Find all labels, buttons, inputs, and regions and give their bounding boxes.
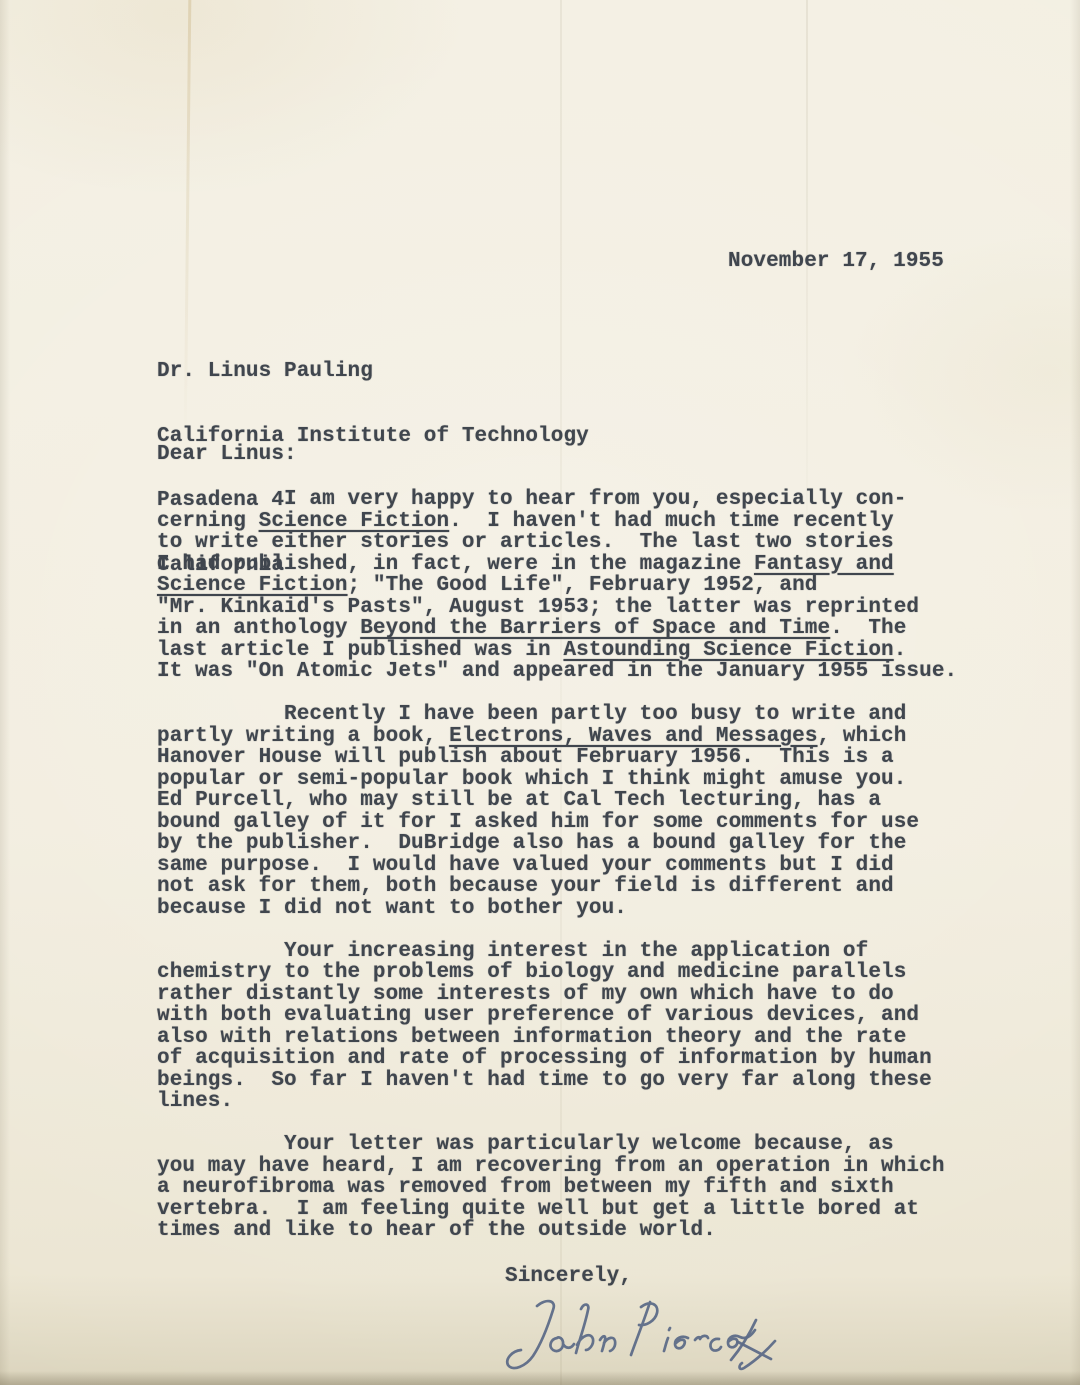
- typed-line: cerning Science Fiction. I haven't had m…: [157, 511, 957, 533]
- letter-body: I am very happy to hear from you, especi…: [157, 489, 957, 1263]
- salutation: Dear Linus:: [157, 444, 297, 466]
- paragraph: Your letter was particularly welcome bec…: [157, 1134, 957, 1242]
- typed-line: times and like to hear of the outside wo…: [157, 1220, 957, 1242]
- typed-text: beings. So far I haven't had time to go …: [157, 1069, 932, 1092]
- typed-text: Ed Purcell, who may still be at Cal Tech…: [157, 789, 881, 812]
- typed-text: ; "The Good Life", February 1952, and: [348, 574, 818, 597]
- typed-line: of acquisition and rate of processing of…: [157, 1048, 957, 1070]
- typed-line: Hanover House will publish about Februar…: [157, 747, 957, 769]
- typed-text: last article I published was in: [157, 639, 563, 662]
- typed-text: cerning: [157, 510, 259, 533]
- typed-line: "Mr. Kinkaid's Pasts", August 1953; the …: [157, 597, 957, 619]
- typed-text: lines.: [157, 1090, 233, 1113]
- typed-text: with both evaluating user preference of …: [157, 1004, 919, 1027]
- typed-text: you may have heard, I am recovering from…: [157, 1155, 945, 1178]
- typed-text: . I haven't had much time recently: [449, 510, 894, 533]
- paper-edge-shade-left: [0, 0, 10, 1385]
- typed-text: chemistry to the problems of biology and…: [157, 961, 906, 984]
- typed-text: I am very happy to hear from you, especi…: [157, 488, 906, 511]
- typed-text: Recently I have been partly too busy to …: [157, 703, 906, 726]
- typed-line: rather distantly some interests of my ow…: [157, 984, 957, 1006]
- paragraph: Recently I have been partly too busy to …: [157, 704, 957, 919]
- typed-line: Your increasing interest in the applicat…: [157, 941, 957, 963]
- typed-line: Your letter was particularly welcome bec…: [157, 1134, 957, 1156]
- typed-text: a neurofibroma was removed from between …: [157, 1176, 894, 1199]
- typed-text: . The: [830, 617, 906, 640]
- typed-text: because I did not want to bother you.: [157, 897, 627, 920]
- typed-line: I am very happy to hear from you, especi…: [157, 489, 957, 511]
- underlined-title: Beyond the Barriers of Space and Time: [360, 617, 830, 640]
- typed-line: vertebra. I am feeling quite well but ge…: [157, 1199, 957, 1221]
- typed-text: vertebra. I am feeling quite well but ge…: [157, 1198, 919, 1221]
- typed-text: by the publisher. DuBridge also has a bo…: [157, 832, 906, 855]
- typed-text: popular or semi-popular book which I thi…: [157, 768, 906, 791]
- closing: Sincerely,: [505, 1266, 632, 1288]
- underlined-title: Electrons, Waves and Messages: [449, 725, 817, 748]
- typed-line: It was "On Atomic Jets" and appeared in …: [157, 661, 957, 683]
- typed-line: not ask for them, both because your fiel…: [157, 876, 957, 898]
- typed-line: I had published, in fact, were in the ma…: [157, 554, 957, 576]
- paper-edge-shade-right: [1070, 0, 1080, 1385]
- typed-line: same purpose. I would have valued your c…: [157, 855, 957, 877]
- underlined-title: Astounding Science Fiction: [563, 639, 893, 662]
- typed-text: not ask for them, both because your fiel…: [157, 875, 894, 898]
- typed-line: last article I published was in Astoundi…: [157, 640, 957, 662]
- typed-line: in an anthology Beyond the Barriers of S…: [157, 618, 957, 640]
- typed-text: times and like to hear of the outside wo…: [157, 1219, 716, 1242]
- typed-line: to write either stories or articles. The…: [157, 532, 957, 554]
- letter-date: November 17, 1955: [728, 251, 944, 273]
- typed-text: Hanover House will publish about Februar…: [157, 746, 894, 769]
- typed-line: beings. So far I haven't had time to go …: [157, 1070, 957, 1092]
- typed-line: partly writing a book, Electrons, Waves …: [157, 726, 957, 748]
- typed-text: of acquisition and rate of processing of…: [157, 1047, 932, 1070]
- address-line-name: Dr. Linus Pauling: [157, 361, 589, 383]
- typed-text: bound galley of it for I asked him for s…: [157, 811, 919, 834]
- typed-text: , which: [818, 725, 907, 748]
- typed-text: to write either stories or articles. The…: [157, 531, 894, 554]
- typed-text: rather distantly some interests of my ow…: [157, 983, 894, 1006]
- letter-page: November 17, 1955 Dr. Linus Pauling Cali…: [0, 0, 1080, 1385]
- typed-line: lines.: [157, 1091, 957, 1113]
- typed-line: a neurofibroma was removed from between …: [157, 1177, 957, 1199]
- paragraph: Your increasing interest in the applicat…: [157, 941, 957, 1113]
- typed-line: Science Fiction; "The Good Life", Februa…: [157, 575, 957, 597]
- typed-text: partly writing a book,: [157, 725, 449, 748]
- signature-handwriting: [503, 1296, 803, 1378]
- typed-line: popular or semi-popular book which I thi…: [157, 769, 957, 791]
- typed-line: Recently I have been partly too busy to …: [157, 704, 957, 726]
- underlined-title: Science Fiction: [157, 574, 348, 597]
- typed-line: because I did not want to bother you.: [157, 898, 957, 920]
- typed-line: also with relations between information …: [157, 1027, 957, 1049]
- typed-text: I had published, in fact, were in the ma…: [157, 553, 754, 576]
- paper-bottom-shadow: [0, 1371, 1080, 1385]
- underlined-title: Fantasy and: [754, 553, 894, 576]
- underlined-title: Science Fiction: [259, 510, 450, 533]
- typed-text: same purpose. I would have valued your c…: [157, 854, 894, 877]
- typed-line: by the publisher. DuBridge also has a bo…: [157, 833, 957, 855]
- typed-text: also with relations between information …: [157, 1026, 906, 1049]
- typed-line: Ed Purcell, who may still be at Cal Tech…: [157, 790, 957, 812]
- typed-text: Your letter was particularly welcome bec…: [157, 1133, 894, 1156]
- typed-line: you may have heard, I am recovering from…: [157, 1156, 957, 1178]
- typed-line: chemistry to the problems of biology and…: [157, 962, 957, 984]
- typed-text: Your increasing interest in the applicat…: [157, 940, 868, 963]
- typed-line: with both evaluating user preference of …: [157, 1005, 957, 1027]
- typed-line: bound galley of it for I asked him for s…: [157, 812, 957, 834]
- typed-text: It was "On Atomic Jets" and appeared in …: [157, 660, 957, 683]
- paragraph: I am very happy to hear from you, especi…: [157, 489, 957, 683]
- typed-text: .: [894, 639, 907, 662]
- typed-text: "Mr. Kinkaid's Pasts", August 1953; the …: [157, 596, 919, 619]
- typed-text: in an anthology: [157, 617, 360, 640]
